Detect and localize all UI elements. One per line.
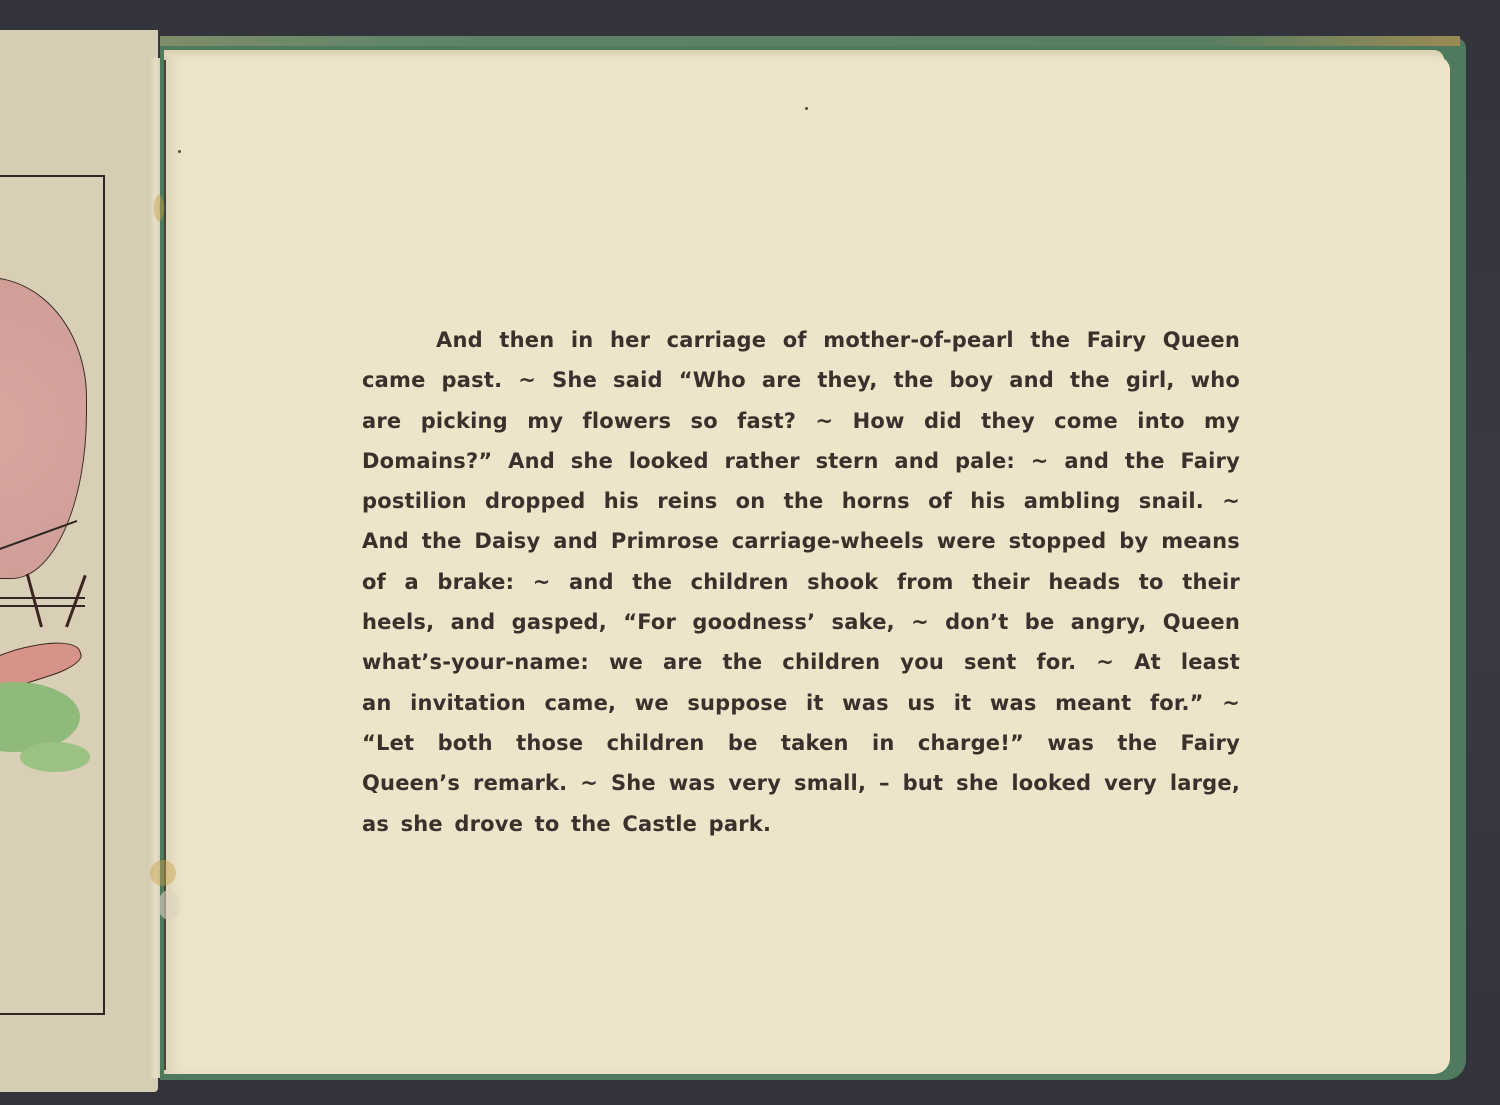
illustration-snail-antenna: [26, 573, 43, 627]
text-line: came past. ~ She said “Who are they, the…: [362, 360, 1240, 400]
text-line-content: postilion dropped his reins on the horns…: [362, 481, 1240, 521]
left-page: [0, 30, 158, 1092]
text-line: Domains?” And she looked rather stern an…: [362, 441, 1240, 481]
page-stain: [158, 890, 180, 920]
text-line-content: And the Daisy and Primrose carriage-whee…: [362, 521, 1240, 561]
text-line-content: are picking my flowers so fast? ~ How di…: [362, 401, 1240, 441]
text-line: what’s-your-name: we are the children yo…: [362, 642, 1240, 682]
page-stain: [154, 195, 164, 221]
text-line-content: And then in her carriage of mother-of-pe…: [436, 320, 1240, 360]
text-line: Queen’s remark. ~ She was very small, – …: [362, 763, 1240, 803]
text-line-content: an invitation came, we suppose it was us…: [362, 683, 1240, 723]
page-stain: [150, 860, 176, 886]
text-line-content: Queen’s remark. ~ She was very small, – …: [362, 763, 1240, 803]
text-line: heels, and gasped, “For goodness’ sake, …: [362, 602, 1240, 642]
text-line-content: came past. ~ She said “Who are they, the…: [362, 360, 1240, 400]
illustration-frame: [0, 175, 105, 1015]
text-line-content: Domains?” And she looked rather stern an…: [362, 441, 1240, 481]
text-line: an invitation came, we suppose it was us…: [362, 683, 1240, 723]
illustration-rein-line: [0, 597, 85, 599]
text-line-content: heels, and gasped, “For goodness’ sake, …: [362, 602, 1240, 642]
page-speck: [805, 107, 808, 110]
text-line: postilion dropped his reins on the horns…: [362, 481, 1240, 521]
text-line: as she drove to the Castle park.: [362, 804, 1240, 844]
text-line: And then in her carriage of mother-of-pe…: [362, 320, 1240, 360]
text-line: of a brake: ~ and the children shook fro…: [362, 562, 1240, 602]
illustration-leaf-small: [20, 742, 90, 772]
text-line: “Let both those children be taken in cha…: [362, 723, 1240, 763]
text-line-content: what’s-your-name: we are the children yo…: [362, 642, 1240, 682]
text-line-content: as she drove to the Castle park.: [362, 804, 771, 844]
text-line-content: “Let both those children be taken in cha…: [362, 723, 1240, 763]
illustration-snail-antenna-2: [65, 575, 87, 628]
book-cover-top-edge: [160, 36, 1460, 46]
page-speck: [178, 150, 181, 153]
story-text: And then in her carriage of mother-of-pe…: [362, 320, 1240, 844]
text-line-content: of a brake: ~ and the children shook fro…: [362, 562, 1240, 602]
text-line: are picking my flowers so fast? ~ How di…: [362, 401, 1240, 441]
text-line: And the Daisy and Primrose carriage-whee…: [362, 521, 1240, 561]
illustration-leaf: [0, 682, 80, 752]
